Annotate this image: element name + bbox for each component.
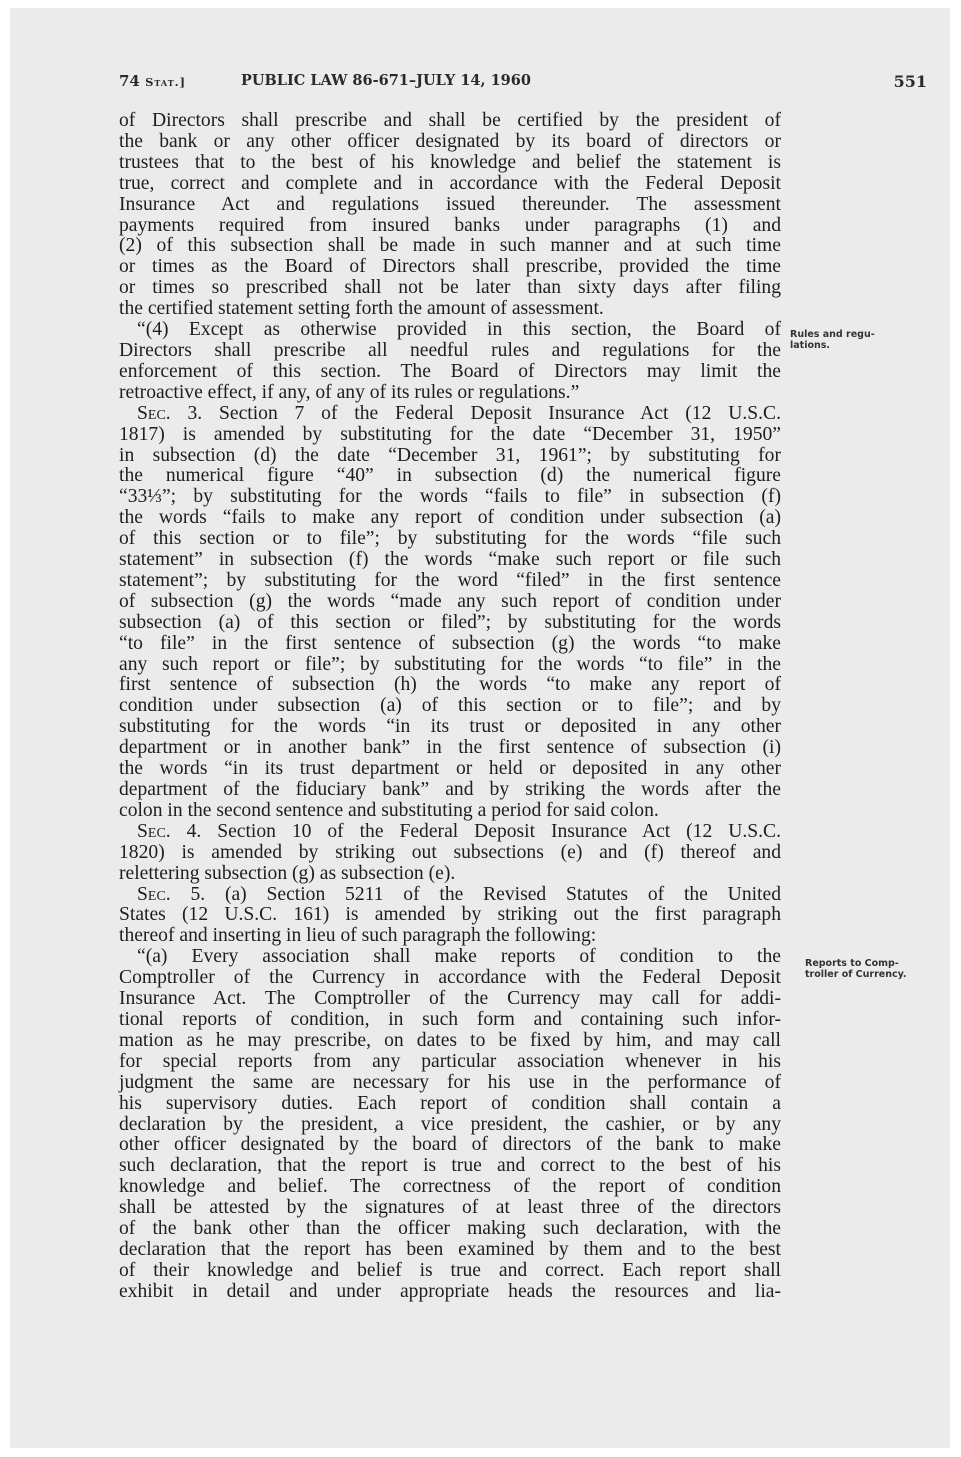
text-line: Directors shall prescribe all needful ru… bbox=[119, 341, 781, 362]
text-line: the words “fails to make any report of c… bbox=[119, 508, 781, 529]
text-line: substituting for the words “in its trust… bbox=[119, 717, 781, 738]
text-line: of Directors shall prescribe and shall b… bbox=[119, 111, 781, 132]
text-line: trustees that to the best of his knowled… bbox=[119, 153, 781, 174]
text-line: or times as the Board of Directors shall… bbox=[119, 257, 781, 278]
text-line: statement” in subsection (f) the words “… bbox=[119, 550, 781, 571]
text-line: the bank or any other officer designated… bbox=[119, 132, 781, 153]
volume-number: 74 bbox=[119, 72, 140, 90]
text-line: 1820) is amended by striking out subsect… bbox=[119, 843, 781, 864]
text-line: retroactive effect, if any, of any of it… bbox=[119, 383, 781, 404]
text-line: “to file” in the first sentence of subse… bbox=[119, 634, 781, 655]
text-line: Sec. 5. (a) Section 5211 of the Revised … bbox=[119, 885, 781, 906]
text-line: of their knowledge and belief is true an… bbox=[119, 1261, 781, 1282]
text-line: mation as he may prescribe, on dates to … bbox=[119, 1031, 781, 1052]
text-line: Sec. 4. Section 10 of the Federal Deposi… bbox=[119, 822, 781, 843]
text-line: first sentence of subsection (h) the wor… bbox=[119, 675, 781, 696]
margin-note-line: troller of Currency. bbox=[805, 969, 945, 980]
text-line: the words “in its trust department or he… bbox=[119, 759, 781, 780]
page-number: 551 bbox=[894, 72, 927, 91]
margin-note-rules: Rules and regu- lations. bbox=[790, 329, 930, 351]
text-line: the certified statement setting forth th… bbox=[119, 299, 781, 320]
text-line: his supervisory duties. Each report of c… bbox=[119, 1094, 781, 1115]
text-line: the numerical figure “40” in subsection … bbox=[119, 466, 781, 487]
margin-note-line: Reports to Comp- bbox=[805, 958, 945, 969]
text-line: “(4) Except as otherwise provided in thi… bbox=[119, 320, 781, 341]
volume-citation: 74 Stat.] bbox=[119, 72, 186, 90]
text-line: colon in the second sentence and substit… bbox=[119, 801, 781, 822]
running-header: 74 Stat.] PUBLIC LAW 86-671–JULY 14, 196… bbox=[119, 72, 927, 94]
text-line: statement”; by substituting for the word… bbox=[119, 571, 781, 592]
text-line: for special reports from any particular … bbox=[119, 1052, 781, 1073]
text-line: Insurance Act and regulations issued the… bbox=[119, 195, 781, 216]
margin-note-line: lations. bbox=[790, 340, 930, 351]
text-line: of subsection (g) the words “made any su… bbox=[119, 592, 781, 613]
header-title: PUBLIC LAW 86-671–JULY 14, 1960 bbox=[241, 72, 531, 89]
text-line: exhibit in detail and under appropriate … bbox=[119, 1282, 781, 1303]
text-line: Sec. 3. Section 7 of the Federal Deposit… bbox=[119, 404, 781, 425]
text-line: Insurance Act. The Comptroller of the Cu… bbox=[119, 989, 781, 1010]
text-line: shall be attested by the signatures of a… bbox=[119, 1198, 781, 1219]
text-line: thereof and inserting in lieu of such pa… bbox=[119, 926, 781, 947]
text-line: “33⅓”; by substituting for the words “fa… bbox=[119, 487, 781, 508]
text-line: department of the fiduciary bank” and by… bbox=[119, 780, 781, 801]
text-line: judgment the same are necessary for his … bbox=[119, 1073, 781, 1094]
text-line: any such report or file”; by substitutin… bbox=[119, 655, 781, 676]
text-line: of the bank other than the officer makin… bbox=[119, 1219, 781, 1240]
margin-note-line: Rules and regu- bbox=[790, 329, 930, 340]
text-line: 1817) is amended by substituting for the… bbox=[119, 425, 781, 446]
text-line: enforcement of this section. The Board o… bbox=[119, 362, 781, 383]
text-line: of this section or to file”; by substitu… bbox=[119, 529, 781, 550]
text-line: other officer designated by the board of… bbox=[119, 1135, 781, 1156]
text-line: Comptroller of the Currency in accordanc… bbox=[119, 968, 781, 989]
text-line: subsection (a) of this section or filed”… bbox=[119, 613, 781, 634]
text-line: declaration that the report has been exa… bbox=[119, 1240, 781, 1261]
statute-body-text: of Directors shall prescribe and shall b… bbox=[119, 111, 781, 1303]
text-line: in subsection (d) the date “December 31,… bbox=[119, 446, 781, 467]
margin-note-reports: Reports to Comp- troller of Currency. bbox=[805, 958, 945, 980]
text-line: knowledge and belief. The correctness of… bbox=[119, 1177, 781, 1198]
text-line: department or in another bank” in the fi… bbox=[119, 738, 781, 759]
text-line: (2) of this subsection shall be made in … bbox=[119, 236, 781, 257]
text-line: relettering subsection (g) as subsection… bbox=[119, 864, 781, 885]
text-line: such declaration, that the report is tru… bbox=[119, 1156, 781, 1177]
text-line: true, correct and complete and in accord… bbox=[119, 174, 781, 195]
text-line: tional reports of condition, in such for… bbox=[119, 1010, 781, 1031]
text-line: declaration by the president, a vice pre… bbox=[119, 1115, 781, 1136]
text-line: “(a) Every association shall make report… bbox=[119, 947, 781, 968]
text-line: States (12 U.S.C. 161) is amended by str… bbox=[119, 905, 781, 926]
text-line: or times so prescribed shall not be late… bbox=[119, 278, 781, 299]
text-line: condition under subsection (a) of this s… bbox=[119, 696, 781, 717]
text-line: payments required from insured banks und… bbox=[119, 216, 781, 237]
volume-abbrev: Stat.] bbox=[145, 75, 186, 89]
